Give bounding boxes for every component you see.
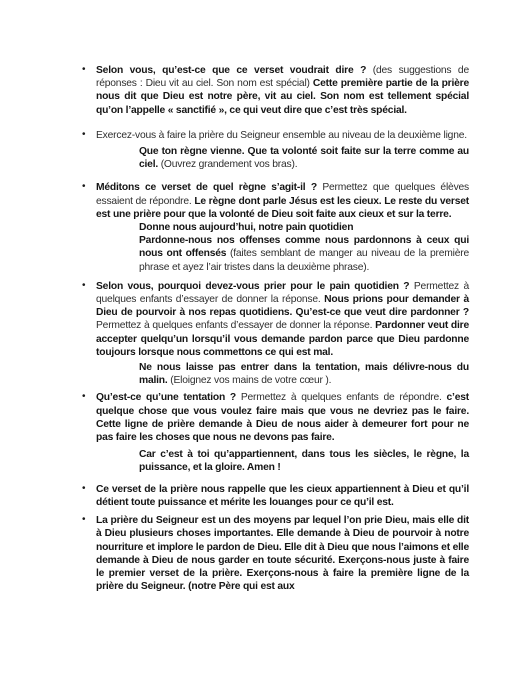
- bullet-marker: •: [82, 128, 86, 141]
- text-segment: Permettez à quelques enfants de répondre…: [241, 392, 447, 403]
- text-segment: (Ouvrez grandement vos bras).: [161, 159, 298, 170]
- quote-paragraph: Que ton règne vienne. Que ta volonté soi…: [139, 145, 469, 171]
- quote-paragraph: Ne nous laisse pas entrer dans la tentat…: [139, 361, 469, 387]
- bullet-paragraph: •Exercez-vous à faire la prière du Seign…: [96, 129, 469, 142]
- document-page: •Selon vous, qu’est-ce que ce verset vou…: [0, 0, 532, 688]
- quote-paragraph: Pardonne-nous nos offenses comme nous pa…: [139, 234, 469, 274]
- bullet-paragraph: •Méditons ce verset de quel règne s’agit…: [96, 181, 469, 221]
- text-segment: Permettez à quelques enfants d’essayer d…: [96, 320, 375, 331]
- text-segment: Donne nous aujourd’hui, notre pain quoti…: [139, 222, 353, 233]
- quote-paragraph: Donne nous aujourd’hui, notre pain quoti…: [139, 221, 469, 234]
- bullet-paragraph: •Ce verset de la prière nous rappelle qu…: [96, 483, 469, 509]
- bullet-paragraph: •Selon vous, qu’est-ce que ce verset vou…: [96, 64, 469, 117]
- bullet-marker: •: [82, 63, 86, 76]
- text-segment: Selon vous, qu’est-ce que ce verset voud…: [96, 65, 373, 76]
- document-content: •Selon vous, qu’est-ce que ce verset vou…: [96, 64, 469, 593]
- text-segment: Selon vous, pourquoi devez-vous prier po…: [96, 281, 414, 292]
- bullet-paragraph: •Selon vous, pourquoi devez-vous prier p…: [96, 280, 469, 359]
- bullet-paragraph: •La prière du Seigneur est un des moyens…: [96, 514, 469, 593]
- bullet-marker: •: [82, 180, 86, 193]
- text-segment: Ce verset de la prière nous rappelle que…: [96, 484, 469, 508]
- text-segment: Exercez-vous à faire la prière du Seigne…: [96, 130, 467, 141]
- text-segment: La prière du Seigneur est un des moyens …: [96, 515, 469, 592]
- text-segment: Qu’est-ce qu’une tentation ?: [96, 392, 241, 403]
- bullet-paragraph: •Qu’est-ce qu’une tentation ? Permettez …: [96, 391, 469, 444]
- text-segment: (Eloignez vos mains de votre cœur ).: [170, 375, 331, 386]
- text-segment: Car c’est à toi qu’appartiennent, dans t…: [139, 449, 469, 473]
- bullet-marker: •: [82, 513, 86, 526]
- bullet-marker: •: [82, 390, 86, 403]
- bullet-marker: •: [82, 482, 86, 495]
- text-segment: Méditons ce verset de quel règne s’agit-…: [96, 182, 322, 193]
- quote-paragraph: Car c’est à toi qu’appartiennent, dans t…: [139, 448, 469, 474]
- bullet-marker: •: [82, 279, 86, 292]
